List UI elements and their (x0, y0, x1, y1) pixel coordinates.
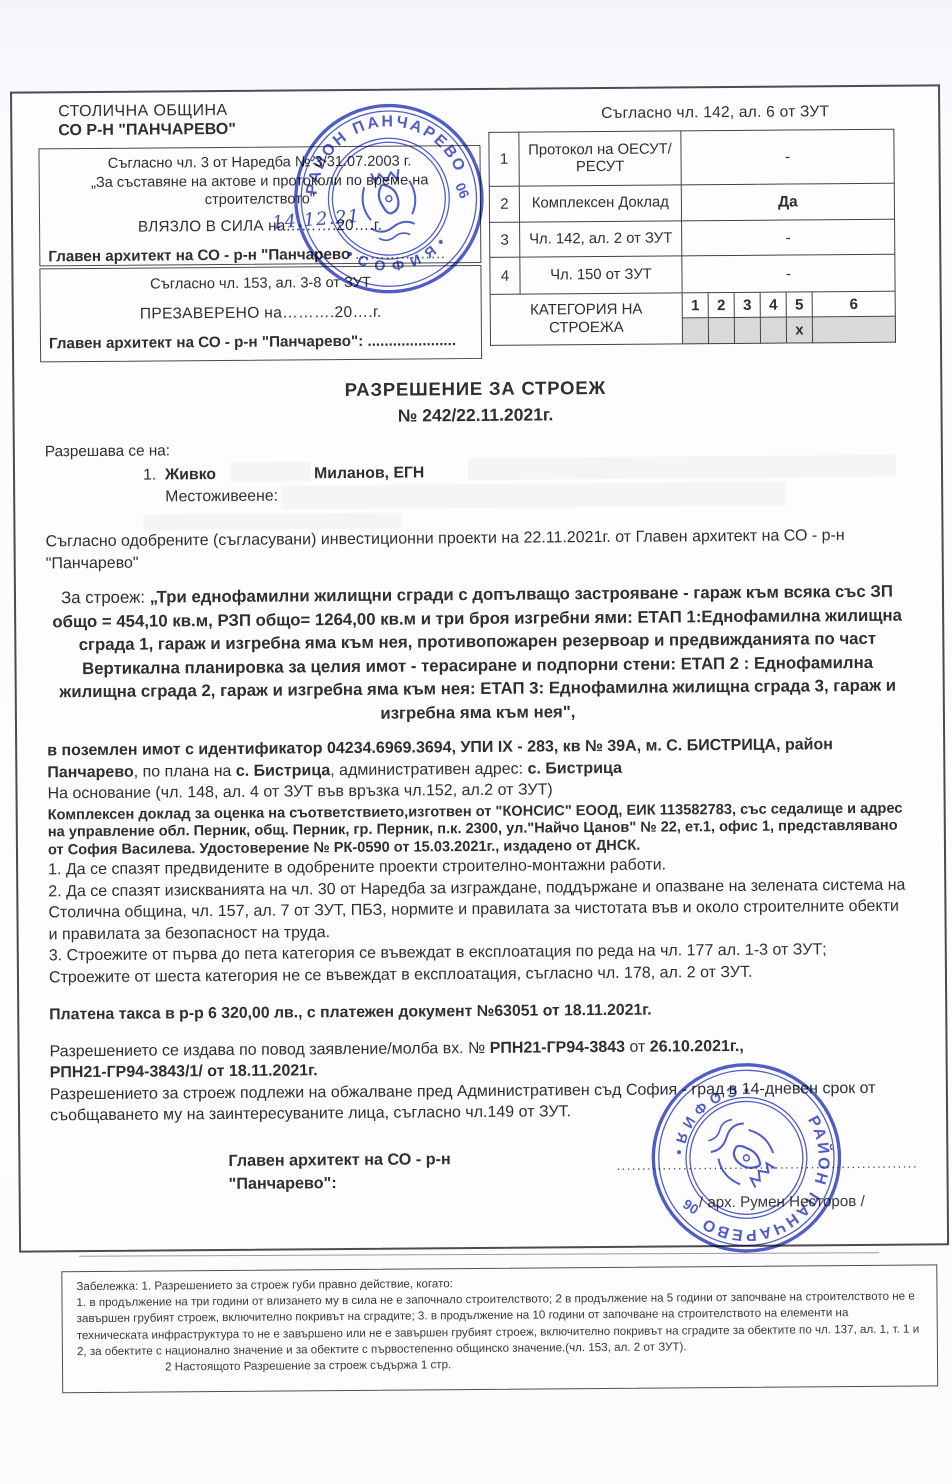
category-column: 5 (786, 292, 812, 317)
construction-description-text: „Три еднофамилни жилищни сгради с допълв… (52, 582, 902, 723)
chief-architect-signature-line: Главен архитект на СО - р-н "Панчарево":… (49, 332, 481, 352)
category-column: 4 (760, 292, 786, 317)
chief-architect-line: Главен архитект на СО - р-н "Панчарево …… (48, 245, 480, 265)
category-column: 1 (682, 293, 708, 318)
application-from: от (625, 1038, 650, 1055)
table-row: 1 Протокол на ОЕСУТ/РЕСУТ - (489, 129, 894, 186)
category-cell (760, 317, 786, 343)
scanned-document-sheet: СТОЛИЧНА ОБЩИНА СО Р-Н "ПАНЧАРЕВО" Съгла… (10, 84, 946, 1401)
applicant-first-name: Живко (165, 466, 216, 483)
entry-into-force-box: Съгласно чл. 3 от Наредба № 3/31.07.2003… (38, 145, 481, 266)
redacted-area (231, 461, 311, 482)
authority-district: СО Р-Н "ПАНЧАРЕВО" (58, 120, 236, 140)
row-number: 3 (490, 222, 520, 257)
row-number: 2 (489, 186, 519, 222)
row-label: Чл. 142, ал. 2 от ЗУТ (520, 221, 682, 257)
compliance-report-paragraph: Комплексен доклад за оценка на съответст… (48, 800, 910, 859)
category-cell (734, 317, 760, 343)
row-value: Да (681, 183, 894, 221)
note-body: 1. в продължение на три години от влизан… (76, 1289, 922, 1360)
application-date-1: 26.10.2021г., (650, 1037, 744, 1055)
plot-address-village: с. Бистрица (527, 759, 622, 777)
plot-paragraph: в поземлен имот с идентификатор 04234.69… (47, 734, 909, 784)
row-label: Протокол на ОЕСУТ/РЕСУТ (519, 131, 681, 186)
category-label: КАТЕГОРИЯ НА СТРОЕЖА (490, 293, 682, 346)
category-column: 2 (708, 292, 734, 317)
signatory-name: / арх. Румен Несторов / (699, 1190, 865, 1213)
category-cell (682, 318, 708, 344)
row-number: 4 (490, 257, 520, 294)
application-text: Разрешението се издава по повод заявлени… (49, 1039, 489, 1059)
redacted-area (468, 455, 896, 480)
application-paragraph: Разрешението се издава по повод заявлени… (49, 1034, 911, 1084)
construction-description: За строеж: „Три еднофамилни жилищни сгра… (46, 580, 909, 728)
revalidation-line: ПРЕЗАВЕРЕНО на……….20….г. (41, 302, 481, 324)
plot-village: с. Бистрица (236, 762, 331, 780)
signature-dotted-line: ........................................… (616, 1152, 916, 1176)
application-number-1: РПН21-ГР94-3843 (490, 1038, 625, 1056)
revalidation-regulation: Съгласно чл. 153, ал. 3-8 от ЗУТ (40, 273, 480, 295)
regulation-line3: строителството" (40, 189, 480, 211)
category-header-row: КАТЕГОРИЯ НА СТРОЕЖА 1 2 3 4 5 6 (490, 291, 895, 319)
category-cell-marked: x (786, 317, 812, 343)
item-number: 1. (143, 467, 156, 484)
paid-fee-line: Платена такса в р-р 6 320,00 лв., с плат… (49, 998, 911, 1026)
condition-3: 3. Строежите от първа до пета категория … (49, 939, 911, 989)
for-construction-label: За строеж: (61, 588, 150, 608)
table-caption: Съгласно чл. 142, ал. 6 от ЗУТ (530, 103, 900, 124)
condition-2: 2. Да се спазят изискванията на чл. 30 о… (48, 874, 910, 945)
category-cell (812, 316, 895, 343)
document-body: Съгласно одобрените (съгласувани) инвест… (45, 525, 913, 1261)
plot-plan-text: , по плана на (134, 762, 236, 780)
note-box: Забележка: 1. Разрешението за строеж губ… (61, 1264, 938, 1393)
approvals-table: 1 Протокол на ОЕСУТ/РЕСУТ - 2 Комплексен… (488, 129, 896, 346)
row-value: - (681, 129, 894, 185)
row-number: 1 (489, 132, 519, 186)
appeal-paragraph: Разрешението за строеж подлежи на обжалв… (50, 1077, 912, 1127)
revalidation-box: Съгласно чл. 153, ал. 3-8 от ЗУТ ПРЕЗАВЕ… (39, 265, 482, 362)
dotted-fill: ……………… (350, 245, 445, 263)
table-row: 3 Чл. 142, ал. 2 от ЗУТ - (490, 219, 895, 257)
plot-address-text: , административен адрес: (330, 760, 527, 779)
signature-block: Главен архитект на СО - р-н "Панчарево":… (50, 1144, 913, 1261)
row-label: Чл. 150 от ЗУТ (520, 256, 682, 294)
category-column: 6 (812, 291, 895, 317)
approved-projects-paragraph: Съгласно одобрените (съгласувани) инвест… (45, 525, 907, 575)
redacted-area (281, 482, 786, 510)
entered-into-force-line: ВЛЯЗЛО В СИЛА на……….20….г. (40, 215, 480, 237)
authority-name: СТОЛИЧНА ОБЩИНА (58, 101, 236, 121)
row-value: - (682, 254, 895, 293)
category-cell (708, 317, 734, 343)
granted-to-label: Разрешава се на: (45, 442, 170, 461)
applicant-last-name: Миланов, ЕГН (314, 464, 424, 482)
table-row: 4 Чл. 150 от ЗУТ - (490, 254, 895, 294)
category-column: 3 (734, 292, 760, 317)
application-number-2: РПН21-ГР94-3843/1/ от 18.11.2021г. (50, 1062, 318, 1081)
chief-architect-label: Главен архитект на СО - р-н "Панчарево (48, 246, 350, 265)
row-label: Комплексен Доклад (519, 185, 681, 222)
table-row: 2 Комплексен Доклад Да (489, 183, 894, 222)
issuing-authority: СТОЛИЧНА ОБЩИНА СО Р-Н "ПАНЧАРЕВО" (58, 101, 236, 140)
regulation-line2: „За съставяне на актове и протоколи по в… (40, 170, 480, 192)
row-value: - (682, 219, 895, 256)
